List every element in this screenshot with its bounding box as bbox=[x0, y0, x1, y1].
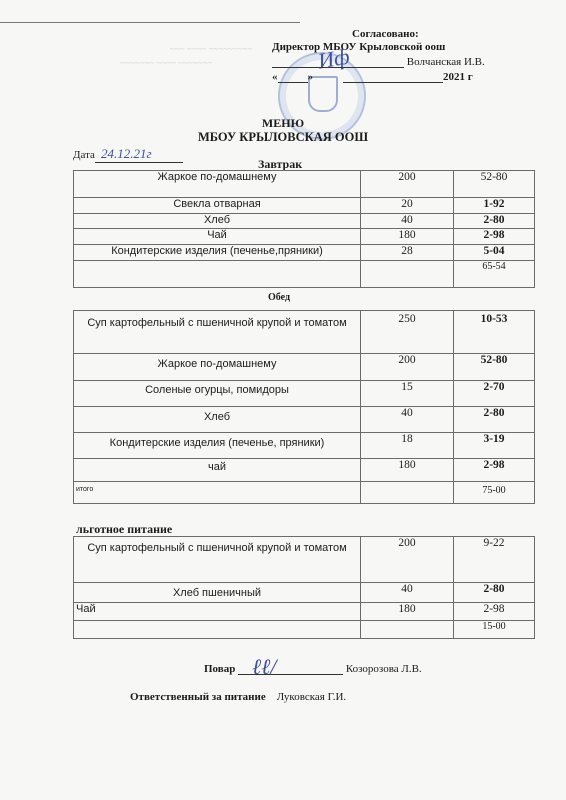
total-label: итого bbox=[74, 482, 361, 504]
total-price: 75-00 bbox=[454, 482, 535, 504]
item-name: Хлеб пшеничный bbox=[74, 583, 361, 603]
item-qty: 28 bbox=[361, 245, 454, 261]
item-price: 2-80 bbox=[454, 407, 535, 433]
date-field: Дата24.12.21г bbox=[73, 146, 183, 163]
item-qty: 250 bbox=[361, 311, 454, 354]
total-row: 15-00 bbox=[74, 621, 535, 639]
total-price: 15-00 bbox=[454, 621, 535, 639]
menu-title: МЕНЮ bbox=[0, 116, 566, 131]
item-price: 2-98 bbox=[454, 603, 535, 621]
item-qty: 180 bbox=[361, 459, 454, 482]
item-name: Соленые огурцы, помидоры bbox=[74, 381, 361, 407]
item-name: чай bbox=[74, 459, 361, 482]
table-row: Хлеб402-80 bbox=[74, 214, 535, 229]
item-price: 2-70 bbox=[454, 381, 535, 407]
table-row: Чай1802-98 bbox=[74, 229, 535, 245]
responsible-name: Луковская Г.И. bbox=[277, 691, 346, 703]
approval-year: 2021 г bbox=[443, 71, 473, 83]
item-name: Суп картофельный с пшеничной крупой и то… bbox=[74, 537, 361, 583]
total-row: 65-54 bbox=[74, 261, 535, 288]
cook-label: Повар bbox=[204, 663, 235, 675]
item-price: 52-80 bbox=[454, 354, 535, 381]
item-name: Чай bbox=[74, 603, 361, 621]
item-price: 10-53 bbox=[454, 311, 535, 354]
item-name: Кондитерские изделия (печенье,пряники) bbox=[74, 245, 361, 261]
item-name: Хлеб bbox=[74, 407, 361, 433]
item-qty: 40 bbox=[361, 214, 454, 229]
item-qty: 18 bbox=[361, 433, 454, 459]
month-line bbox=[343, 72, 443, 83]
item-qty: 200 bbox=[361, 171, 454, 198]
item-price: 2-80 bbox=[454, 583, 535, 603]
table-row: Суп картофельный с пшеничной крупой и то… bbox=[74, 537, 535, 583]
benefit-title: льготное питание bbox=[76, 522, 172, 537]
table-row: Суп картофельный с пшеничной крупой и то… bbox=[74, 311, 535, 354]
total-row: итого75-00 bbox=[74, 482, 535, 504]
lunch-title: Обед bbox=[268, 292, 290, 303]
table-row: Соленые огурцы, помидоры152-70 bbox=[74, 381, 535, 407]
table-row: Свекла отварная201-92 bbox=[74, 198, 535, 214]
item-price: 2-98 bbox=[454, 459, 535, 482]
item-price: 52-80 bbox=[454, 171, 535, 198]
item-price: 5-04 bbox=[454, 245, 535, 261]
director-name: Волчанская И.В. bbox=[407, 56, 485, 68]
item-qty: 40 bbox=[361, 407, 454, 433]
table-row: Кондитерские изделия (печенье,пряники)28… bbox=[74, 245, 535, 261]
quote-close: » bbox=[308, 71, 314, 83]
item-qty: 180 bbox=[361, 603, 454, 621]
cook-name: Козорозова Л.В. bbox=[346, 663, 422, 675]
item-price: 2-80 bbox=[454, 214, 535, 229]
total-price: 65-54 bbox=[454, 261, 535, 288]
item-qty bbox=[361, 482, 454, 504]
item-price: 3-19 bbox=[454, 433, 535, 459]
item-name: Свекла отварная bbox=[74, 198, 361, 214]
table-row: Кондитерские изделия (печенье, пряники)1… bbox=[74, 433, 535, 459]
bleed-through-text: ~~~~~~~ ~~~~ ~~~~~~~ bbox=[120, 58, 212, 68]
table-row: Жаркое по-домашнему20052-80 bbox=[74, 354, 535, 381]
item-name: Хлеб bbox=[74, 214, 361, 229]
date-value: 24.12.21г bbox=[95, 146, 183, 163]
item-name: Жаркое по-домашнему bbox=[74, 171, 361, 198]
table-row: Жаркое по-домашнему20052-80 bbox=[74, 171, 535, 198]
item-name bbox=[74, 261, 361, 288]
signature-line bbox=[238, 663, 343, 675]
item-name bbox=[74, 621, 361, 639]
item-qty: 200 bbox=[361, 354, 454, 381]
benefit-table: Суп картофельный с пшеничной крупой и то… bbox=[73, 536, 535, 639]
item-price: 2-98 bbox=[454, 229, 535, 245]
item-qty: 200 bbox=[361, 537, 454, 583]
item-name: Кондитерские изделия (печенье, пряники) bbox=[74, 433, 361, 459]
item-qty: 40 bbox=[361, 583, 454, 603]
school-name: МБОУ КРЫЛОВСКАЯ ООШ bbox=[0, 130, 566, 145]
signature-line bbox=[272, 56, 404, 68]
item-price: 1-92 bbox=[454, 198, 535, 214]
scan-edge-line bbox=[0, 22, 300, 23]
date-label: Дата bbox=[73, 149, 95, 161]
item-name: Жаркое по-домашнему bbox=[74, 354, 361, 381]
item-price: 9-22 bbox=[454, 537, 535, 583]
item-qty bbox=[361, 621, 454, 639]
responsible-line: Ответственный за питание Луковская Г.И. bbox=[130, 691, 346, 703]
item-name: Чай bbox=[74, 229, 361, 245]
table-row: Чай1802-98 bbox=[74, 603, 535, 621]
item-name: Суп картофельный с пшеничной крупой и то… bbox=[74, 311, 361, 354]
item-qty: 15 bbox=[361, 381, 454, 407]
lunch-table: Суп картофельный с пшеничной крупой и то… bbox=[73, 310, 535, 504]
bleed-through-text: ~~~ ~~~~ ~~~~~~~~~ bbox=[170, 44, 252, 54]
director-position: Директор МБОУ Крыловской оош bbox=[272, 41, 445, 53]
table-row: чай1802-98 bbox=[74, 459, 535, 482]
responsible-label: Ответственный за питание bbox=[130, 691, 266, 703]
item-qty: 180 bbox=[361, 229, 454, 245]
day-line bbox=[278, 72, 308, 83]
breakfast-table: Жаркое по-домашнему20052-80 Свекла отвар… bbox=[73, 170, 535, 288]
item-qty bbox=[361, 261, 454, 288]
table-row: Хлеб пшеничный402-80 bbox=[74, 583, 535, 603]
table-row: Хлеб402-80 bbox=[74, 407, 535, 433]
agreed-label: Согласовано: bbox=[352, 28, 419, 40]
item-qty: 20 bbox=[361, 198, 454, 214]
cook-signature-line: Повар Козорозова Л.В. bbox=[204, 663, 422, 675]
